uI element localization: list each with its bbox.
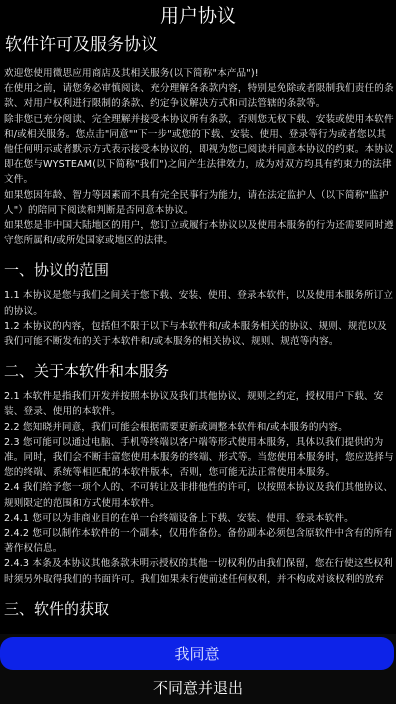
agreement-title: 软件许可及服务协议	[5, 34, 394, 56]
section-paragraph: 2.3 您可能可以通过电脑、手机等终端以客户端等形式使用本服务，具体以我们提供的…	[4, 435, 394, 481]
agree-button[interactable]: 我同意	[0, 637, 394, 670]
intro-paragraph: 欢迎您使用微思应用商店及其相关服务(以下简称"本产品")!	[4, 66, 394, 81]
section-paragraph: 2.2 您知晓并同意，我们可能会根据需要更新或调整本软件和/或本服务的内容。	[4, 420, 394, 435]
section-heading-acquisition: 三、软件的获取	[4, 599, 394, 619]
section-heading-scope: 一、协议的范围	[4, 260, 394, 280]
section-paragraph: 2.4.1 您可以为非商业目的在单一台终端设备上下载、安装、使用、登录本软件。	[4, 511, 394, 526]
section-paragraph: 2.4 我们给予您一项个人的、不可转让及非排他性的许可，以按照本协议及我们其他协…	[4, 480, 394, 510]
intro-paragraph: 如果您是非中国大陆地区的用户，您订立或履行本协议以及使用本服务的行为还需要同时遵…	[4, 218, 394, 248]
agreement-scroll-area[interactable]: 软件许可及服务协议 欢迎您使用微思应用商店及其相关服务(以下简称"本产品")! …	[0, 30, 396, 634]
intro-paragraph: 如果您因年龄、智力等因素而不具有完全民事行为能力，请在法定监护人（以下简称"监护…	[4, 188, 394, 218]
section-paragraph: 2.4.3 本条及本协议其他条款未明示授权的其他一切权利仍由我们保留，您在行使这…	[4, 556, 394, 586]
intro-paragraph: 除非您已充分阅读、完全理解并接受本协议所有条款，否则您无权下载、安装或使用本软件…	[4, 112, 394, 188]
intro-paragraph: 在使用之前，请您务必审慎阅读、充分理解各条款内容，特别是免除或者限制我们责任的条…	[4, 81, 394, 111]
page-title: 用户协议	[0, 4, 396, 28]
section-paragraph: 2.1 本软件是指我们开发并按照本协议及我们其他协议、规则之约定，授权用户下载、…	[4, 389, 394, 419]
section-paragraph: 1.1 本协议是您与我们之间关于您下载、安装、使用、登录本软件，以及使用本服务所…	[4, 288, 394, 318]
section-paragraph: 2.4.2 您可以制作本软件的一个副本，仅用作备份。备份副本必须包含原软件中含有…	[4, 526, 394, 556]
decline-and-exit-button[interactable]: 不同意并退出	[0, 674, 396, 702]
section-heading-software-service: 二、关于本软件和本服务	[4, 361, 394, 381]
section-paragraph: 1.2 本协议的内容，包括但不限于以下与本软件和/或本服务相关的协议、规则、规范…	[4, 319, 394, 349]
